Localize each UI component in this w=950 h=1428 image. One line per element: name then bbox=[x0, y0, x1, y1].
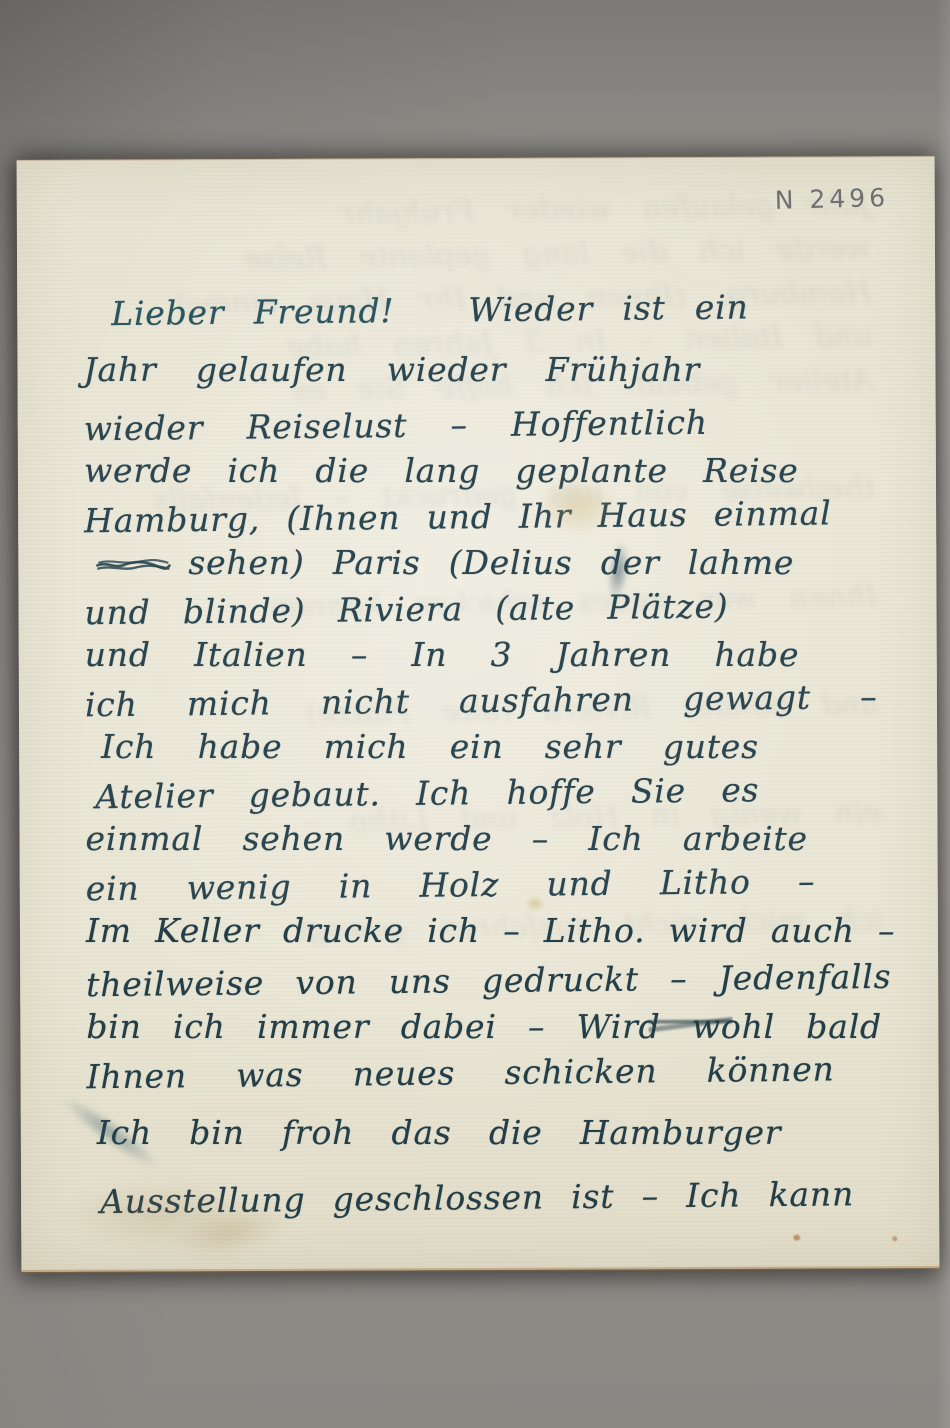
letter-line-text: und Italien – In 3 Jahren habe bbox=[85, 635, 800, 674]
letter-line-text: und blinde) Riviera (alte Plätze) bbox=[84, 587, 728, 633]
letter-line-text: ein wenig in Holz und Litho – bbox=[86, 862, 816, 909]
crossed-out-scribble bbox=[94, 542, 172, 581]
letter-line: Im Keller drucke ich – Litho. wird auch … bbox=[86, 911, 922, 957]
spacing-gap bbox=[395, 321, 469, 322]
letter-line-text: Atelier gebaut. Ich hoffe Sie es bbox=[95, 770, 759, 816]
letter-line: und Italien – In 3 Jahren habe bbox=[85, 635, 921, 681]
letter-line: Jahr gelaufen wieder Frühjahr bbox=[84, 350, 920, 396]
letter-line: Lieber Freund!Wieder ist ein bbox=[111, 286, 919, 340]
letter-line-text: sehen) Paris (Delius der lahme bbox=[188, 543, 794, 582]
letter-line: Atelier gebaut. Ich hoffe Sie es bbox=[95, 769, 921, 824]
foxing-dot bbox=[793, 1235, 800, 1241]
letter-line-text: theilweise von uns gedruckt – Jedenfalls bbox=[86, 957, 892, 1004]
letter-line: Ausstellung geschlossen ist – Ich kann bbox=[100, 1174, 923, 1229]
letter-line-text: Jahr gelaufen wieder Frühjahr bbox=[84, 350, 701, 389]
letter-line-text: Ausstellung geschlossen ist – Ich kann bbox=[100, 1174, 854, 1221]
letter-line: sehen) Paris (Delius der lahme bbox=[94, 543, 920, 589]
letter-line-text: Ihnen was neues schicken können bbox=[86, 1049, 834, 1096]
foxing-dot bbox=[892, 1236, 897, 1241]
catalog-number: N 2496 bbox=[774, 183, 889, 215]
letter-line: ich mich nicht ausfahren gewagt – bbox=[85, 677, 921, 732]
letter-line-text: einmal sehen werde – Ich arbeite bbox=[86, 819, 808, 858]
letter-line-text: Ich habe mich ein sehr gutes bbox=[101, 727, 759, 766]
letter-line: theilweise von uns gedruckt – Jedenfalls bbox=[86, 957, 922, 1012]
letter-line-text: Ich bin froh das die Hamburger bbox=[97, 1113, 782, 1152]
letter-line: und blinde) Riviera (alte Plätze) bbox=[84, 585, 920, 640]
photograph-of-letter: { "photo": { "mat_background_color": "#9… bbox=[0, 0, 950, 1428]
letter-line: Ich bin froh das die Hamburger bbox=[97, 1113, 923, 1159]
letter-text: Lieber Freund!Wieder ist ein Jahr gelauf… bbox=[83, 288, 923, 1226]
letter-line-text: Im Keller drucke ich – Litho. wird auch … bbox=[86, 911, 895, 950]
letter-line: ein wenig in Holz und Litho – bbox=[86, 861, 922, 916]
ghost-line: werde ich die lang geplante Reise bbox=[12, 230, 931, 291]
letter-line-text: Wieder ist ein bbox=[468, 287, 749, 329]
letter-line-text: werde ich die lang geplante Reise bbox=[84, 451, 799, 490]
letter-line-text: wieder Reiselust – Hoffentlich bbox=[84, 403, 708, 449]
letter-line: Ich habe mich ein sehr gutes bbox=[101, 727, 921, 773]
salutation: Lieber Freund! bbox=[111, 291, 395, 333]
letter-line: wieder Reiselust – Hoffentlich bbox=[84, 401, 920, 456]
letter-line: Ihnen was neues schicken können bbox=[86, 1049, 922, 1104]
letter-line: bin ich immer dabei – Wird wohl bald bbox=[86, 1007, 922, 1053]
letter-line-text: Hamburg, (Ihnen und Ihr Haus einmal bbox=[84, 493, 832, 540]
letter-sheet: Jahr gelaufen wieder Frühjahr werde ich … bbox=[17, 156, 940, 1272]
letter-line: Hamburg, (Ihnen und Ihr Haus einmal bbox=[84, 493, 920, 548]
letter-line: einmal sehen werde – Ich arbeite bbox=[86, 819, 922, 865]
letter-line-text: ich mich nicht ausfahren gewagt – bbox=[85, 677, 878, 724]
letter-line: werde ich die lang geplante Reise bbox=[84, 451, 920, 497]
letter-line-text: bin ich immer dabei – Wird wohl bald bbox=[86, 1007, 882, 1046]
